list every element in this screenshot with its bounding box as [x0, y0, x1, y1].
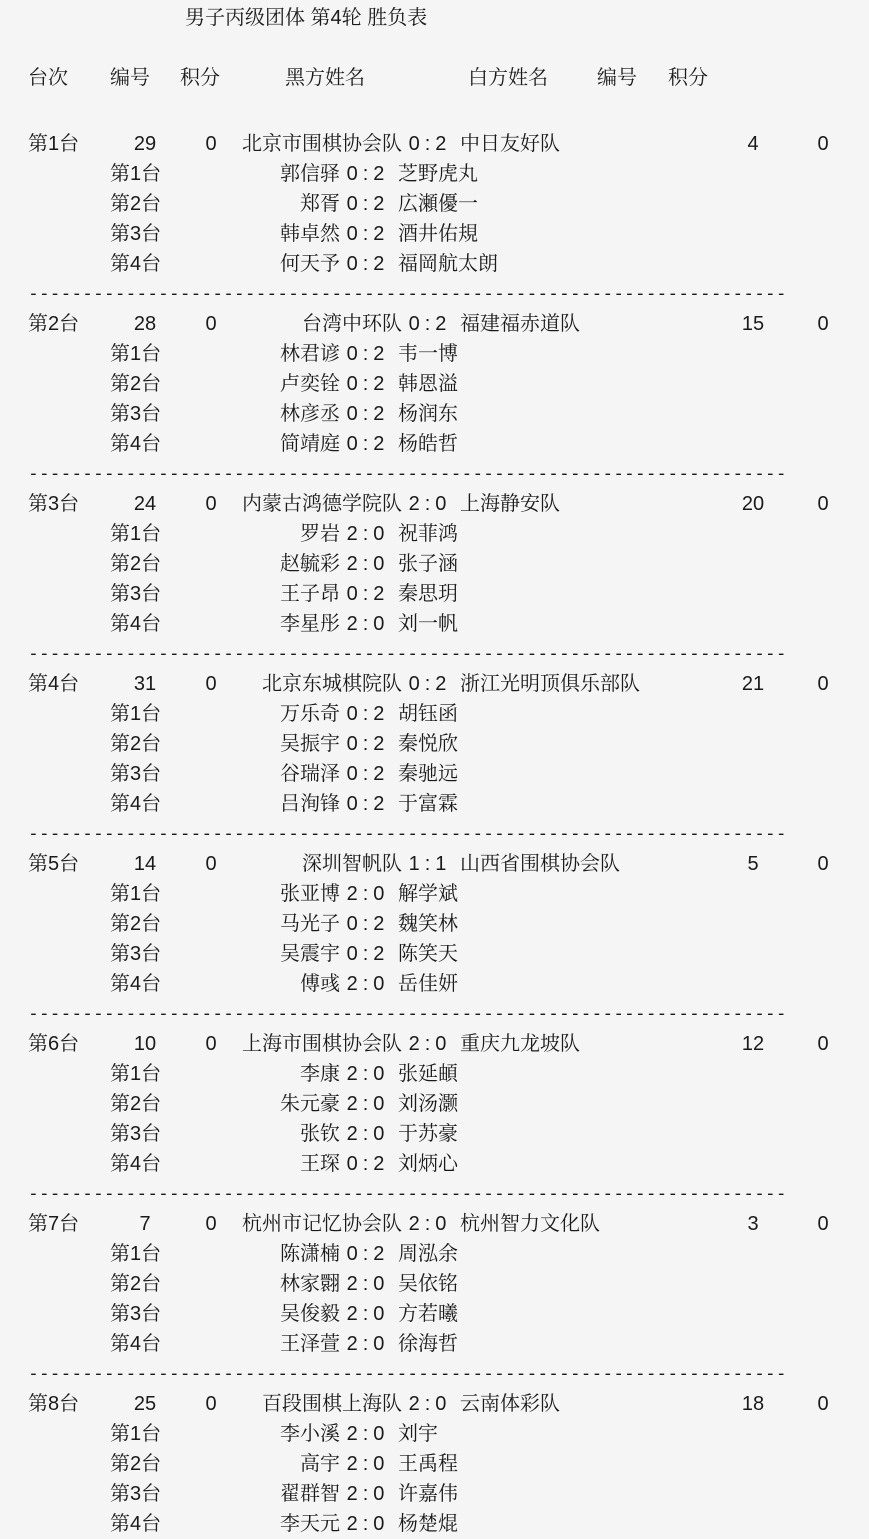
- seat-spacer: [0, 1479, 110, 1509]
- seat-spacer: [0, 369, 110, 399]
- white-player-name: 秦思玥: [396, 579, 458, 609]
- board-result-row: 第2台林家翾2:0吴依铭: [0, 1269, 869, 1299]
- team-match-row: 第5台140深圳智帆队1:1山西省围棋协会队50: [0, 849, 869, 879]
- board-result-row: 第1台张亚博2:0解学斌: [0, 879, 869, 909]
- seat-spacer: [0, 1419, 110, 1449]
- black-team-number: 25: [110, 1389, 180, 1419]
- black-player-name: 谷瑞泽: [242, 759, 340, 789]
- white-team-name: 福建福赤道队: [458, 309, 718, 339]
- white-team-points: 0: [788, 1389, 858, 1419]
- board-score: 2:0: [340, 1269, 396, 1299]
- board-score: 0:2: [340, 789, 396, 819]
- white-team-name: 重庆九龙坡队: [458, 1029, 718, 1059]
- team-score: 2:0: [402, 1389, 458, 1419]
- board-score: 2:0: [340, 879, 396, 909]
- team-score: 0:2: [402, 669, 458, 699]
- board-result-row: 第3台吴俊毅2:0方若曦: [0, 1299, 869, 1329]
- seat-spacer: [0, 429, 110, 459]
- white-team-number: 20: [718, 489, 788, 519]
- board-score: 2:0: [340, 549, 396, 579]
- page-title: 男子丙级团体 第4轮 胜负表: [0, 0, 869, 33]
- board-result-row: 第2台郑胥0:2広瀬優一: [0, 189, 869, 219]
- board-result-row: 第1台林君谚0:2韦一博: [0, 339, 869, 369]
- white-team-number: 15: [718, 309, 788, 339]
- white-player-name: 张延頔: [396, 1059, 458, 1089]
- header-white-no: 编号: [597, 63, 637, 93]
- board-result-row: 第4台简靖庭0:2杨皓哲: [0, 429, 869, 459]
- white-player-name: 芝野虎丸: [396, 159, 478, 189]
- board-score: 0:2: [340, 1239, 396, 1269]
- board-label: 第3台: [110, 1479, 242, 1509]
- black-player-name: 李天元: [242, 1509, 340, 1539]
- board-score: 2:0: [340, 1509, 396, 1539]
- seat-spacer: [0, 609, 110, 639]
- black-player-name: 简靖庭: [242, 429, 340, 459]
- seat-label: 第2台: [0, 309, 110, 339]
- board-result-row: 第1台李康2:0张延頔: [0, 1059, 869, 1089]
- black-player-name: 吕洵锋: [242, 789, 340, 819]
- team-score: 2:0: [402, 1029, 458, 1059]
- seat-spacer: [0, 519, 110, 549]
- black-player-name: 王泽萱: [242, 1329, 340, 1359]
- board-label: 第4台: [110, 609, 242, 639]
- white-player-name: 杨润东: [396, 399, 458, 429]
- black-player-name: 林家翾: [242, 1269, 340, 1299]
- white-team-points: 0: [788, 129, 858, 159]
- white-player-name: 広瀬優一: [396, 189, 478, 219]
- board-score: 0:2: [340, 249, 396, 279]
- black-player-name: 张钦: [242, 1119, 340, 1149]
- seat-label: 第3台: [0, 489, 110, 519]
- black-player-name: 吴振宇: [242, 729, 340, 759]
- board-score: 2:0: [340, 1119, 396, 1149]
- team-score: 2:0: [402, 489, 458, 519]
- black-player-name: 吴俊毅: [242, 1299, 340, 1329]
- seat-label: 第5台: [0, 849, 110, 879]
- dashed-separator: ----------------------------------------…: [0, 279, 869, 309]
- seat-spacer: [0, 399, 110, 429]
- white-player-name: 杨皓哲: [396, 429, 458, 459]
- board-label: 第3台: [110, 1119, 242, 1149]
- black-player-name: 高宇: [242, 1449, 340, 1479]
- team-score: 0:2: [402, 309, 458, 339]
- white-player-name: 刘炳心: [396, 1149, 458, 1179]
- black-player-name: 卢奕铨: [242, 369, 340, 399]
- board-result-row: 第4台李星彤2:0刘一帆: [0, 609, 869, 639]
- team-match-row: 第1台290北京市围棋协会队0:2中日友好队40: [0, 129, 869, 159]
- black-team-name: 杭州市记忆协会队: [242, 1209, 402, 1239]
- black-team-name: 北京东城棋院队: [242, 669, 402, 699]
- board-score: 0:2: [340, 189, 396, 219]
- white-team-name: 浙江光明顶俱乐部队: [458, 669, 718, 699]
- black-player-name: 何天予: [242, 249, 340, 279]
- board-result-row: 第3台林彦丞0:2杨润东: [0, 399, 869, 429]
- board-label: 第1台: [110, 1239, 242, 1269]
- white-player-name: 秦驰远: [396, 759, 458, 789]
- header-white-pts: 积分: [668, 63, 708, 93]
- header-black-pts: 积分: [180, 63, 220, 93]
- seat-spacer: [0, 1119, 110, 1149]
- team-score: 2:0: [402, 1209, 458, 1239]
- team-match-row: 第8台250百段围棋上海队2:0云南体彩队180: [0, 1389, 869, 1419]
- results-page: { "colors": { "background": "#f5f5f5", "…: [0, 0, 869, 1539]
- black-player-name: 李星彤: [242, 609, 340, 639]
- team-score: 0:2: [402, 129, 458, 159]
- black-player-name: 傅彧: [242, 969, 340, 999]
- header-seat: 台次: [28, 63, 68, 93]
- board-result-row: 第3台谷瑞泽0:2秦驰远: [0, 759, 869, 789]
- board-score: 0:2: [340, 759, 396, 789]
- board-score: 0:2: [340, 579, 396, 609]
- board-score: 2:0: [340, 1059, 396, 1089]
- black-player-name: 李小溪: [242, 1419, 340, 1449]
- black-team-number: 10: [110, 1029, 180, 1059]
- white-player-name: 于富霖: [396, 789, 458, 819]
- board-label: 第2台: [110, 369, 242, 399]
- white-player-name: 陈笑天: [396, 939, 458, 969]
- seat-spacer: [0, 1149, 110, 1179]
- white-player-name: 许嘉伟: [396, 1479, 458, 1509]
- board-result-row: 第2台赵毓彩2:0张子涵: [0, 549, 869, 579]
- white-team-points: 0: [788, 1209, 858, 1239]
- white-player-name: 祝菲鸿: [396, 519, 458, 549]
- white-player-name: 解学斌: [396, 879, 458, 909]
- board-score: 0:2: [340, 909, 396, 939]
- header-black-name: 黑方姓名: [285, 63, 365, 93]
- board-result-row: 第2台马光子0:2魏笑林: [0, 909, 869, 939]
- white-team-number: 18: [718, 1389, 788, 1419]
- dashed-separator: ----------------------------------------…: [0, 999, 869, 1029]
- white-player-name: 秦悦欣: [396, 729, 458, 759]
- white-team-number: 21: [718, 669, 788, 699]
- white-player-name: 王禹程: [396, 1449, 458, 1479]
- board-score: 0:2: [340, 219, 396, 249]
- white-player-name: 周泓余: [396, 1239, 458, 1269]
- board-label: 第2台: [110, 729, 242, 759]
- white-team-name: 山西省围棋协会队: [458, 849, 718, 879]
- black-team-name: 台湾中环队: [242, 309, 402, 339]
- white-team-number: 5: [718, 849, 788, 879]
- black-team-number: 28: [110, 309, 180, 339]
- black-team-name: 北京市围棋协会队: [242, 129, 402, 159]
- seat-spacer: [0, 1239, 110, 1269]
- board-label: 第3台: [110, 939, 242, 969]
- white-player-name: 徐海哲: [396, 1329, 458, 1359]
- board-score: 2:0: [340, 1449, 396, 1479]
- board-result-row: 第2台朱元豪2:0刘汤灏: [0, 1089, 869, 1119]
- team-match-row: 第7台70杭州市记忆协会队2:0杭州智力文化队30: [0, 1209, 869, 1239]
- seat-spacer: [0, 339, 110, 369]
- white-player-name: 方若曦: [396, 1299, 458, 1329]
- board-score: 2:0: [340, 1299, 396, 1329]
- board-score: 0:2: [340, 729, 396, 759]
- white-player-name: 韦一博: [396, 339, 458, 369]
- dashed-separator: ----------------------------------------…: [0, 1359, 869, 1389]
- black-team-points: 0: [180, 669, 242, 699]
- board-score: 0:2: [340, 429, 396, 459]
- black-team-number: 29: [110, 129, 180, 159]
- black-player-name: 王琛: [242, 1149, 340, 1179]
- board-result-row: 第2台高宇2:0王禹程: [0, 1449, 869, 1479]
- board-score: 0:2: [340, 399, 396, 429]
- team-match-row: 第2台280台湾中环队0:2福建福赤道队150: [0, 309, 869, 339]
- white-team-number: 12: [718, 1029, 788, 1059]
- board-label: 第4台: [110, 429, 242, 459]
- black-player-name: 罗岩: [242, 519, 340, 549]
- black-player-name: 吴震宇: [242, 939, 340, 969]
- board-label: 第2台: [110, 549, 242, 579]
- seat-spacer: [0, 549, 110, 579]
- team-match-row: 第4台310北京东城棋院队0:2浙江光明顶俱乐部队210: [0, 669, 869, 699]
- board-score: 0:2: [340, 369, 396, 399]
- sections-container: 第1台290北京市围棋协会队0:2中日友好队40第1台郭信驿0:2芝野虎丸第2台…: [0, 129, 869, 1539]
- board-score: 2:0: [340, 609, 396, 639]
- seat-label: 第7台: [0, 1209, 110, 1239]
- board-label: 第3台: [110, 759, 242, 789]
- black-team-points: 0: [180, 129, 242, 159]
- board-label: 第4台: [110, 249, 242, 279]
- board-result-row: 第3台王子昂0:2秦思玥: [0, 579, 869, 609]
- board-score: 2:0: [340, 1329, 396, 1359]
- black-player-name: 林君谚: [242, 339, 340, 369]
- white-player-name: 于苏豪: [396, 1119, 458, 1149]
- board-result-row: 第3台翟群智2:0许嘉伟: [0, 1479, 869, 1509]
- board-label: 第3台: [110, 1299, 242, 1329]
- board-result-row: 第3台张钦2:0于苏豪: [0, 1119, 869, 1149]
- seat-spacer: [0, 1509, 110, 1539]
- white-team-number: 4: [718, 129, 788, 159]
- black-player-name: 郑胥: [242, 189, 340, 219]
- seat-spacer: [0, 1329, 110, 1359]
- black-team-points: 0: [180, 309, 242, 339]
- board-label: 第2台: [110, 1089, 242, 1119]
- black-player-name: 赵毓彩: [242, 549, 340, 579]
- board-label: 第3台: [110, 579, 242, 609]
- seat-spacer: [0, 759, 110, 789]
- team-match-row: 第3台240内蒙古鸿德学院队2:0上海静安队200: [0, 489, 869, 519]
- white-team-points: 0: [788, 309, 858, 339]
- board-score: 0:2: [340, 939, 396, 969]
- seat-spacer: [0, 729, 110, 759]
- board-label: 第4台: [110, 1149, 242, 1179]
- seat-spacer: [0, 789, 110, 819]
- seat-label: 第1台: [0, 129, 110, 159]
- black-player-name: 翟群智: [242, 1479, 340, 1509]
- board-label: 第1台: [110, 159, 242, 189]
- black-team-number: 7: [110, 1209, 180, 1239]
- black-player-name: 郭信驿: [242, 159, 340, 189]
- white-player-name: 杨楚焜: [396, 1509, 458, 1539]
- black-team-name: 深圳智帆队: [242, 849, 402, 879]
- team-match-row: 第6台100上海市围棋协会队2:0重庆九龙坡队120: [0, 1029, 869, 1059]
- board-label: 第4台: [110, 969, 242, 999]
- board-result-row: 第4台傅彧2:0岳佳妍: [0, 969, 869, 999]
- board-score: 2:0: [340, 1089, 396, 1119]
- board-score: 0:2: [340, 339, 396, 369]
- board-result-row: 第1台陈潇楠0:2周泓余: [0, 1239, 869, 1269]
- black-team-name: 百段围棋上海队: [242, 1389, 402, 1419]
- seat-spacer: [0, 249, 110, 279]
- white-player-name: 酒井佑規: [396, 219, 478, 249]
- white-team-points: 0: [788, 1029, 858, 1059]
- white-team-points: 0: [788, 489, 858, 519]
- board-label: 第1台: [110, 519, 242, 549]
- black-team-number: 24: [110, 489, 180, 519]
- white-player-name: 胡钰函: [396, 699, 458, 729]
- seat-spacer: [0, 1449, 110, 1479]
- board-label: 第1台: [110, 699, 242, 729]
- board-label: 第2台: [110, 1269, 242, 1299]
- white-team-points: 0: [788, 669, 858, 699]
- board-result-row: 第4台何天予0:2福岡航太朗: [0, 249, 869, 279]
- board-result-row: 第3台吴震宇0:2陈笑天: [0, 939, 869, 969]
- board-label: 第1台: [110, 339, 242, 369]
- board-score: 2:0: [340, 1419, 396, 1449]
- black-player-name: 李康: [242, 1059, 340, 1089]
- black-team-number: 14: [110, 849, 180, 879]
- board-label: 第3台: [110, 399, 242, 429]
- black-team-points: 0: [180, 489, 242, 519]
- board-result-row: 第4台王琛0:2刘炳心: [0, 1149, 869, 1179]
- white-player-name: 刘汤灏: [396, 1089, 458, 1119]
- seat-spacer: [0, 159, 110, 189]
- white-player-name: 张子涵: [396, 549, 458, 579]
- board-label: 第1台: [110, 1419, 242, 1449]
- dashed-separator: ----------------------------------------…: [0, 639, 869, 669]
- board-result-row: 第1台万乐奇0:2胡钰函: [0, 699, 869, 729]
- seat-spacer: [0, 939, 110, 969]
- white-team-points: 0: [788, 849, 858, 879]
- board-result-row: 第2台卢奕铨0:2韩恩溢: [0, 369, 869, 399]
- dashed-separator: ----------------------------------------…: [0, 819, 869, 849]
- board-label: 第3台: [110, 219, 242, 249]
- board-label: 第2台: [110, 909, 242, 939]
- white-player-name: 吴依铭: [396, 1269, 458, 1299]
- seat-spacer: [0, 219, 110, 249]
- board-result-row: 第4台李天元2:0杨楚焜: [0, 1509, 869, 1539]
- board-result-row: 第1台郭信驿0:2芝野虎丸: [0, 159, 869, 189]
- black-player-name: 张亚博: [242, 879, 340, 909]
- seat-spacer: [0, 1059, 110, 1089]
- seat-label: 第8台: [0, 1389, 110, 1419]
- black-team-points: 0: [180, 1029, 242, 1059]
- dashed-separator: ----------------------------------------…: [0, 1179, 869, 1209]
- white-player-name: 岳佳妍: [396, 969, 458, 999]
- black-team-points: 0: [180, 849, 242, 879]
- seat-label: 第4台: [0, 669, 110, 699]
- board-result-row: 第1台罗岩2:0祝菲鸿: [0, 519, 869, 549]
- board-score: 2:0: [340, 1479, 396, 1509]
- board-score: 2:0: [340, 519, 396, 549]
- white-player-name: 魏笑林: [396, 909, 458, 939]
- dashed-separator: ----------------------------------------…: [0, 459, 869, 489]
- table-header: 台次 编号 积分 黑方姓名 白方姓名 编号 积分: [0, 63, 869, 93]
- white-team-name: 上海静安队: [458, 489, 718, 519]
- white-player-name: 韩恩溢: [396, 369, 458, 399]
- black-player-name: 王子昂: [242, 579, 340, 609]
- white-team-number: 3: [718, 1209, 788, 1239]
- board-label: 第2台: [110, 189, 242, 219]
- board-result-row: 第1台李小溪2:0刘宇: [0, 1419, 869, 1449]
- board-score: 0:2: [340, 1149, 396, 1179]
- header-white-name: 白方姓名: [468, 63, 548, 93]
- seat-spacer: [0, 189, 110, 219]
- black-team-name: 上海市围棋协会队: [242, 1029, 402, 1059]
- black-player-name: 朱元豪: [242, 1089, 340, 1119]
- seat-spacer: [0, 579, 110, 609]
- white-player-name: 刘一帆: [396, 609, 458, 639]
- white-team-name: 杭州智力文化队: [458, 1209, 718, 1239]
- seat-label: 第6台: [0, 1029, 110, 1059]
- board-result-row: 第2台吴振宇0:2秦悦欣: [0, 729, 869, 759]
- board-label: 第1台: [110, 879, 242, 909]
- seat-spacer: [0, 909, 110, 939]
- black-player-name: 万乐奇: [242, 699, 340, 729]
- header-black-no: 编号: [110, 63, 150, 93]
- board-result-row: 第4台吕洵锋0:2于富霖: [0, 789, 869, 819]
- board-score: 2:0: [340, 969, 396, 999]
- seat-spacer: [0, 1089, 110, 1119]
- board-score: 0:2: [340, 159, 396, 189]
- white-player-name: 福岡航太朗: [396, 249, 498, 279]
- black-player-name: 陈潇楠: [242, 1239, 340, 1269]
- white-player-name: 刘宇: [396, 1419, 438, 1449]
- board-result-row: 第3台韩卓然0:2酒井佑規: [0, 219, 869, 249]
- seat-spacer: [0, 699, 110, 729]
- white-team-name: 中日友好队: [458, 129, 718, 159]
- black-team-name: 内蒙古鸿德学院队: [242, 489, 402, 519]
- black-player-name: 马光子: [242, 909, 340, 939]
- board-label: 第1台: [110, 1059, 242, 1089]
- team-score: 1:1: [402, 849, 458, 879]
- board-label: 第4台: [110, 1509, 242, 1539]
- black-team-points: 0: [180, 1389, 242, 1419]
- board-result-row: 第4台王泽萱2:0徐海哲: [0, 1329, 869, 1359]
- seat-spacer: [0, 1269, 110, 1299]
- board-label: 第4台: [110, 1329, 242, 1359]
- black-team-number: 31: [110, 669, 180, 699]
- black-player-name: 韩卓然: [242, 219, 340, 249]
- board-label: 第2台: [110, 1449, 242, 1479]
- black-team-points: 0: [180, 1209, 242, 1239]
- black-player-name: 林彦丞: [242, 399, 340, 429]
- board-score: 0:2: [340, 699, 396, 729]
- seat-spacer: [0, 969, 110, 999]
- board-label: 第4台: [110, 789, 242, 819]
- seat-spacer: [0, 1299, 110, 1329]
- white-team-name: 云南体彩队: [458, 1389, 718, 1419]
- seat-spacer: [0, 879, 110, 909]
